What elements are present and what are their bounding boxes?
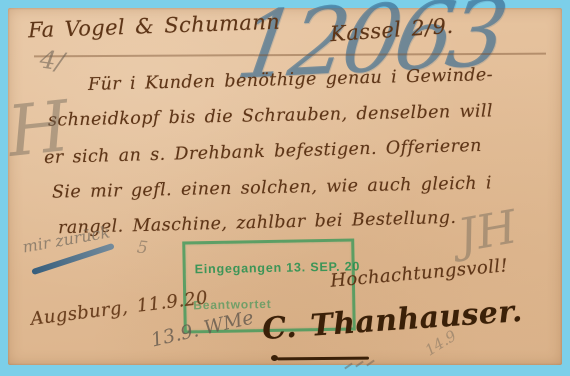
pencil-monogram-right: JH [454,199,521,262]
pencil-check-mark: 4/ [38,44,66,76]
pencil-small-mark: 5 [136,237,149,258]
postcard-scan: 12063 Fa Vogel & Schumann Kassel 2/9. 4/… [0,0,570,376]
pencil-monogram-left: H [4,85,73,173]
